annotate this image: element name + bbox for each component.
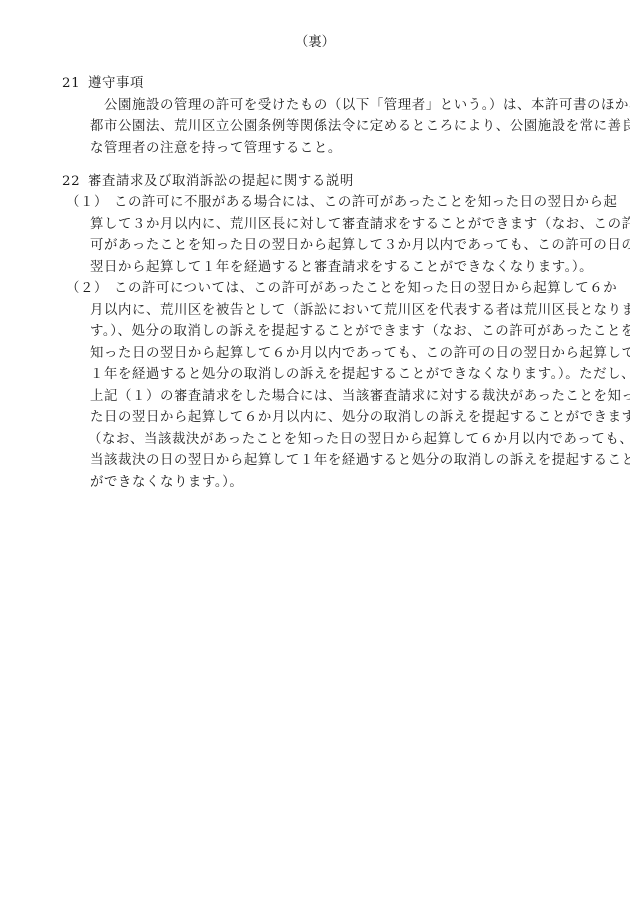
item-2-line: 月以内に、荒川区を被告として（訴訟において荒川区を代表する者は荒川区長となりま bbox=[90, 300, 630, 321]
document-page: （裏） 21遵守事項 公園施設の管理の許可を受けたもの（以下「管理者」という。）… bbox=[0, 0, 630, 903]
item-text: この許可については、この許可があったことを知った日の翌日から起算して６か bbox=[114, 281, 617, 296]
section-21-line: な管理者の注意を持って管理すること。 bbox=[90, 138, 342, 159]
item-2-line: 当該裁決の日の翌日から起算して１年を経過すると処分の取消しの訴えを提起すること bbox=[90, 450, 630, 471]
item-label: （１） bbox=[66, 192, 114, 213]
section-number: 22 bbox=[62, 171, 88, 192]
item-1-line: 翌日から起算して１年を経過すると審査請求をすることができなくなります。）。 bbox=[90, 257, 593, 278]
section-21-heading: 21遵守事項 bbox=[62, 73, 144, 94]
item-1-line: 可があったことを知った日の翌日から起算して３か月以内であっても、この許可の日の bbox=[90, 235, 630, 256]
item-2-line: 上記（１）の審査請求をした場合には、当該審査請求に対する裁決があったことを知っ bbox=[90, 386, 630, 407]
item-1-first-line: （１）この許可に不服がある場合には、この許可があったことを知った日の翌日から起 bbox=[66, 192, 618, 213]
item-2-line: 知った日の翌日から起算して６か月以内であっても、この許可の日の翌日から起算して bbox=[90, 343, 630, 364]
item-2-first-line: （２）この許可については、この許可があったことを知った日の翌日から起算して６か bbox=[66, 278, 617, 299]
section-22-heading: 22審査請求及び取消訴訟の提起に関する説明 bbox=[62, 171, 354, 192]
item-2-line: （なお、当該裁決があったことを知った日の翌日から起算して６か月以内であっても、 bbox=[88, 429, 630, 450]
page-title: （裏） bbox=[0, 32, 630, 53]
item-2-line: １年を経過すると処分の取消しの訴えを提起することができなくなります。）。ただし、 bbox=[90, 364, 630, 385]
item-2-line: た日の翌日から起算して６か月以内に、処分の取消しの訴えを提起することができます bbox=[90, 407, 630, 428]
section-21-line: 公園施設の管理の許可を受けたもの（以下「管理者」という。）は、本許可書のほか、 bbox=[104, 95, 630, 116]
section-heading: 遵守事項 bbox=[88, 76, 144, 91]
item-text: この許可に不服がある場合には、この許可があったことを知った日の翌日から起 bbox=[114, 195, 618, 210]
item-label: （２） bbox=[66, 278, 114, 299]
section-number: 21 bbox=[62, 73, 88, 94]
section-heading: 審査請求及び取消訴訟の提起に関する説明 bbox=[88, 174, 354, 189]
item-2-line: す。）、処分の取消しの訴えを提起することができます（なお、この許可があったことを bbox=[90, 321, 630, 342]
item-2-line: ができなくなります。）。 bbox=[90, 472, 243, 493]
section-21-line: 都市公園法、荒川区立公園条例等関係法令に定めるところにより、公園施設を常に善良 bbox=[90, 116, 630, 137]
item-1-line: 算して３か月以内に、荒川区長に対して審査請求をすることができます（なお、この許 bbox=[90, 214, 630, 235]
